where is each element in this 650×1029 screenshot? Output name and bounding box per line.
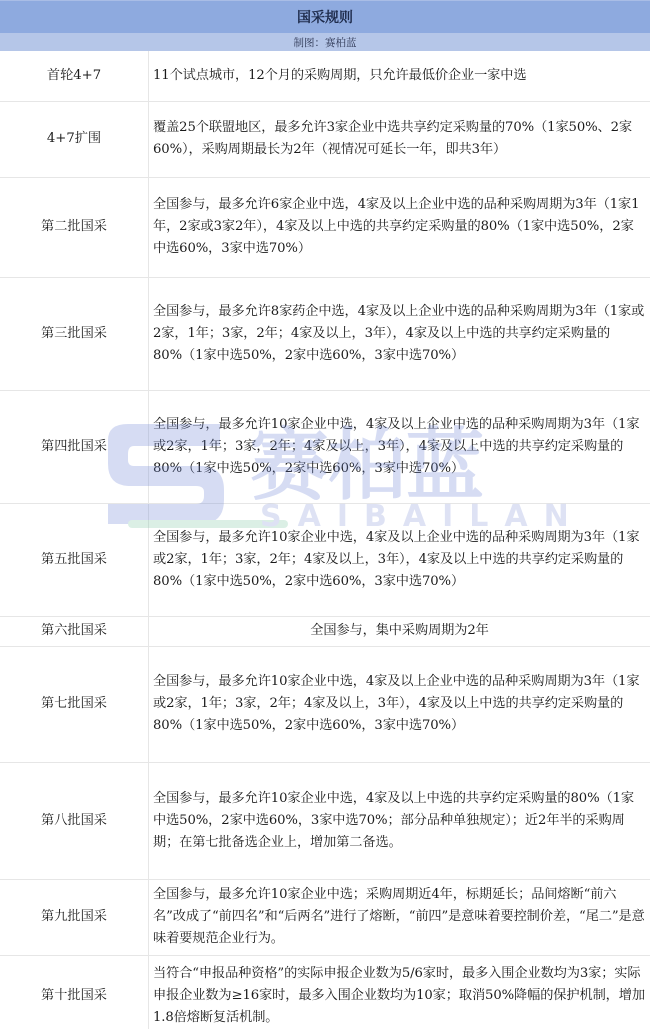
- row-label: 第七批国采: [0, 646, 149, 762]
- row-description: 全国参与，最多允许10家企业中选，4家及以上企业中选的品种采购周期为3年（1家或…: [149, 503, 650, 616]
- row-label: 第九批国采: [0, 879, 149, 955]
- row-description: 11个试点城市，12个月的采购周期，只允许最低价企业一家中选: [149, 51, 650, 101]
- row-description: 全国参与，最多允许10家企业中选，4家及以上企业中选的品种采购周期为3年（1家或…: [149, 646, 650, 762]
- table-row: 首轮4+711个试点城市，12个月的采购周期，只允许最低价企业一家中选: [0, 51, 650, 101]
- table-row: 第九批国采全国参与，最多允许10家企业中选；采购周期近4年，标期延长；品间熔断“…: [0, 879, 650, 955]
- table-row: 第六批国采全国参与，集中采购周期为2年: [0, 616, 650, 646]
- row-description: 全国参与，集中采购周期为2年: [149, 616, 650, 646]
- row-description: 当符合“申报品种资格”的实际申报企业数为5/6家时，最多入围企业数均为3家；实际…: [149, 955, 650, 1029]
- row-label: 第五批国采: [0, 503, 149, 616]
- row-label: 第四批国采: [0, 390, 149, 503]
- row-label: 第三批国采: [0, 277, 149, 390]
- chart-credit: 制图：赛柏蓝: [0, 33, 650, 51]
- row-description: 全国参与，最多允许10家企业中选，4家及以上企业中选的品种采购周期为3年（1家或…: [149, 390, 650, 503]
- row-label: 4+7扩围: [0, 101, 149, 177]
- row-label: 第十批国采: [0, 955, 149, 1029]
- row-label: 第二批国采: [0, 177, 149, 277]
- table-row: 第四批国采全国参与，最多允许10家企业中选，4家及以上企业中选的品种采购周期为3…: [0, 390, 650, 503]
- table-row: 4+7扩围覆盖25个联盟地区，最多允许3家企业中选共享约定采购量的70%（1家5…: [0, 101, 650, 177]
- row-description: 全国参与，最多允许6家企业中选，4家及以上企业中选的品种采购周期为3年（1家1年…: [149, 177, 650, 277]
- table-title: 国采规则: [0, 0, 650, 33]
- table-row: 第五批国采全国参与，最多允许10家企业中选，4家及以上企业中选的品种采购周期为3…: [0, 503, 650, 616]
- rules-table: 首轮4+711个试点城市，12个月的采购周期，只允许最低价企业一家中选 4+7扩…: [0, 51, 650, 1029]
- table-row: 第三批国采全国参与，最多允许8家药企中选，4家及以上企业中选的品种采购周期为3年…: [0, 277, 650, 390]
- row-label: 首轮4+7: [0, 51, 149, 101]
- rules-table-body: 首轮4+711个试点城市，12个月的采购周期，只允许最低价企业一家中选 4+7扩…: [0, 51, 650, 1029]
- row-label: 第八批国采: [0, 762, 149, 879]
- table-row: 第二批国采全国参与，最多允许6家企业中选，4家及以上企业中选的品种采购周期为3年…: [0, 177, 650, 277]
- row-label: 第六批国采: [0, 616, 149, 646]
- row-description: 全国参与，最多允许10家企业中选；采购周期近4年，标期延长；品间熔断“前六名”改…: [149, 879, 650, 955]
- row-description: 全国参与，最多允许10家企业中选，4家及以上中选的共享约定采购量的80%（1家中…: [149, 762, 650, 879]
- row-description: 全国参与，最多允许8家药企中选，4家及以上企业中选的品种采购周期为3年（1家或2…: [149, 277, 650, 390]
- row-description: 覆盖25个联盟地区，最多允许3家企业中选共享约定采购量的70%（1家50%、2家…: [149, 101, 650, 177]
- table-row: 第八批国采全国参与，最多允许10家企业中选，4家及以上中选的共享约定采购量的80…: [0, 762, 650, 879]
- table-row: 第十批国采当符合“申报品种资格”的实际申报企业数为5/6家时，最多入围企业数均为…: [0, 955, 650, 1029]
- table-row: 第七批国采全国参与，最多允许10家企业中选，4家及以上企业中选的品种采购周期为3…: [0, 646, 650, 762]
